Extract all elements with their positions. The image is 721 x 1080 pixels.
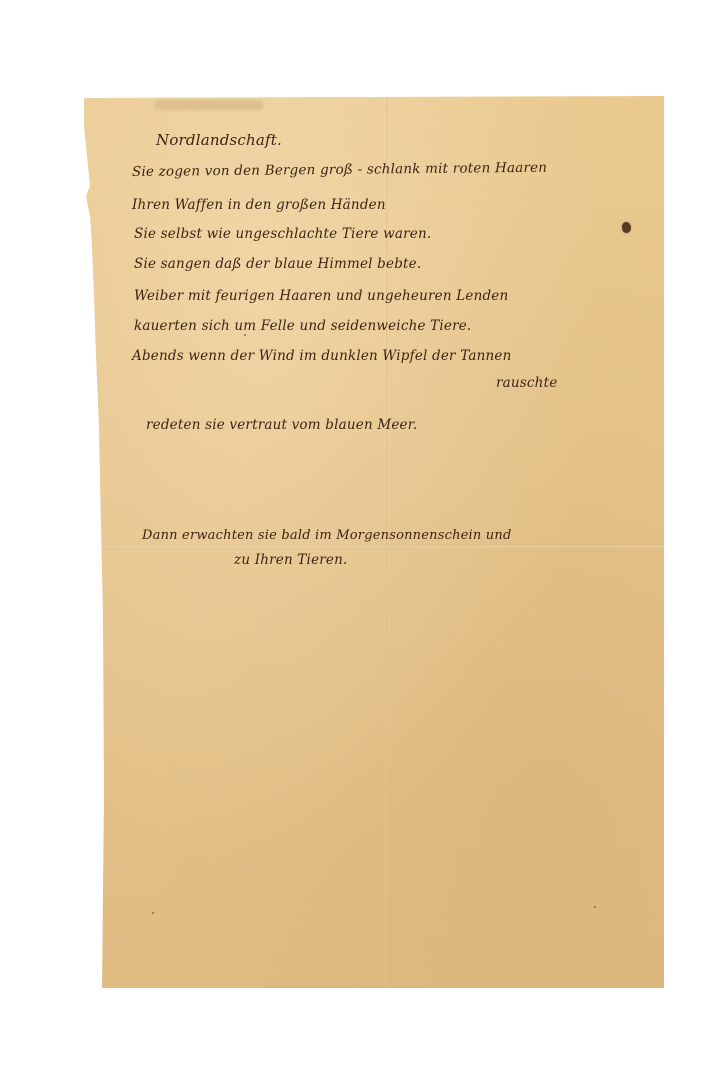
ink-blot-mark — [622, 222, 631, 233]
manuscript-line-3: Sie selbst wie ungeschlachte Tiere waren… — [134, 226, 431, 242]
horizontal-fold-line — [84, 545, 664, 548]
manuscript-line-8: redeten sie vertraut vom blauen Meer. — [146, 417, 417, 433]
manuscript-line-7-continuation: rauschte — [496, 375, 557, 391]
paper-stain — [154, 100, 264, 110]
paper-speck — [594, 906, 596, 908]
manuscript-line-2: Ihren Waffen in den großen Händen — [132, 197, 386, 213]
manuscript-sheet: Nordlandschaft. Sie zogen von den Bergen… — [84, 96, 664, 988]
paper-speck — [152, 912, 154, 914]
manuscript-line-5: Weiber mit feurigen Haaren und ungeheure… — [134, 288, 508, 304]
photo-background: Nordlandschaft. Sie zogen von den Bergen… — [0, 0, 721, 1080]
manuscript-line-1: Sie zogen von den Bergen groß - schlank … — [132, 160, 547, 180]
closing-line-2: zu Ihren Tieren. — [234, 552, 348, 568]
manuscript-line-4: Sie sangen daß der blaue Himmel bebte. — [134, 256, 421, 272]
manuscript-line-6: kauerten sich um Felle und seidenweiche … — [134, 318, 471, 334]
closing-line-1: Dann erwachten sie bald im Morgensonnens… — [142, 528, 511, 543]
paper-speck — [244, 334, 246, 336]
manuscript-title: Nordlandschaft. — [156, 131, 282, 149]
manuscript-line-7: Abends wenn der Wind im dunklen Wipfel d… — [132, 348, 511, 364]
